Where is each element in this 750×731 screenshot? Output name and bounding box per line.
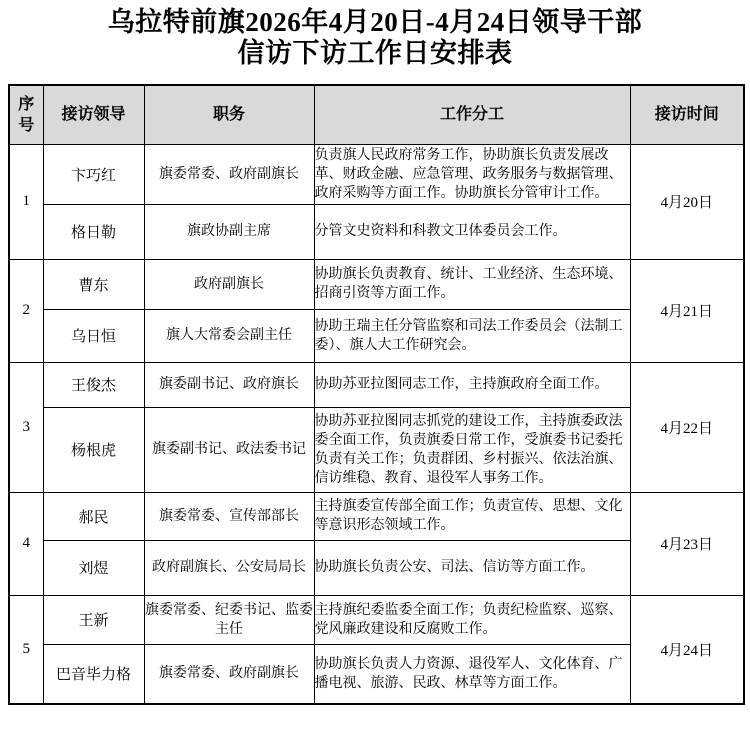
schedule-table: 序号 接访领导 职务 工作分工 接访时间 1 卞巧红 旗委常委、政府副旗长 负责…: [8, 84, 745, 705]
division-cell: 协助旗长负责教育、统计、工业经济、生态环境、招商引资等方面工作。: [314, 259, 630, 309]
leader-cell: 郝民: [43, 492, 144, 540]
table-row: 4 郝民 旗委常委、宣传部部长 主持旗委宣传部全面工作；负责宣传、思想、文化等意…: [9, 492, 744, 540]
header-position: 职务: [144, 85, 314, 144]
leader-cell: 乌日恒: [43, 309, 144, 362]
time-cell: 4月21日: [630, 259, 744, 362]
index-cell: 5: [9, 595, 43, 704]
header-index: 序号: [9, 85, 43, 144]
time-cell: 4月23日: [630, 492, 744, 595]
title-line-2: 信访下访工作日安排表: [0, 38, 750, 69]
time-cell: 4月20日: [630, 144, 744, 259]
division-cell: 协助苏亚拉图同志抓党的建设工作，主持旗委政法委全面工作，负责旗委日常工作，受旗委…: [314, 407, 630, 492]
position-cell: 旗委常委、政府副旗长: [144, 644, 314, 704]
division-cell: 负责旗人民政府常务工作，协助旗长负责发展改革、财政金融、应急管理、政务服务与数据…: [314, 144, 630, 204]
division-cell: 主持旗委宣传部全面工作；负责宣传、思想、文化等意识形态领域工作。: [314, 492, 630, 540]
table-row: 2 曹东 政府副旗长 协助旗长负责教育、统计、工业经济、生态环境、招商引资等方面…: [9, 259, 744, 309]
header-time: 接访时间: [630, 85, 744, 144]
document-page: 乌拉特前旗2026年4月20日-4月24日领导干部 信访下访工作日安排表 序号 …: [0, 7, 750, 705]
table-row: 1 卞巧红 旗委常委、政府副旗长 负责旗人民政府常务工作，协助旗长负责发展改革、…: [9, 144, 744, 204]
position-cell: 旗委副书记、政府旗长: [144, 362, 314, 407]
division-cell: 协助苏亚拉图同志工作，主持旗政府全面工作。: [314, 362, 630, 407]
leader-cell: 卞巧红: [43, 144, 144, 204]
leader-cell: 杨根虎: [43, 407, 144, 492]
position-cell: 旗人大常委会副主任: [144, 309, 314, 362]
position-cell: 旗委副书记、政法委书记: [144, 407, 314, 492]
leader-cell: 格日勒: [43, 204, 144, 259]
table-row: 5 王新 旗委常委、纪委书记、监委主任 主持旗纪委监委全面工作；负责纪检监察、巡…: [9, 595, 744, 644]
position-cell: 旗委常委、纪委书记、监委主任: [144, 595, 314, 644]
index-cell: 3: [9, 362, 43, 492]
page-title: 乌拉特前旗2026年4月20日-4月24日领导干部 信访下访工作日安排表: [0, 7, 750, 69]
position-cell: 政府副旗长、公安局局长: [144, 540, 314, 595]
leader-cell: 刘煜: [43, 540, 144, 595]
position-cell: 旗政协副主席: [144, 204, 314, 259]
time-cell: 4月22日: [630, 362, 744, 492]
division-cell: 主持旗纪委监委全面工作；负责纪检监察、巡察、党风廉政建设和反腐败工作。: [314, 595, 630, 644]
table-row: 3 王俊杰 旗委副书记、政府旗长 协助苏亚拉图同志工作，主持旗政府全面工作。 4…: [9, 362, 744, 407]
leader-cell: 曹东: [43, 259, 144, 309]
position-cell: 政府副旗长: [144, 259, 314, 309]
time-cell: 4月24日: [630, 595, 744, 704]
index-cell: 2: [9, 259, 43, 362]
leader-cell: 王俊杰: [43, 362, 144, 407]
title-line-1: 乌拉特前旗2026年4月20日-4月24日领导干部: [0, 7, 750, 38]
header-leader: 接访领导: [43, 85, 144, 144]
index-cell: 4: [9, 492, 43, 595]
header-row: 序号 接访领导 职务 工作分工 接访时间: [9, 85, 744, 144]
division-cell: 协助旗长负责公安、司法、信访等方面工作。: [314, 540, 630, 595]
position-cell: 旗委常委、宣传部部长: [144, 492, 314, 540]
division-cell: 分管文史资料和科教文卫体委员会工作。: [314, 204, 630, 259]
division-cell: 协助王瑞主任分管监察和司法工作委员会（法制工委）、旗人大工作研究会。: [314, 309, 630, 362]
leader-cell: 巴音毕力格: [43, 644, 144, 704]
division-cell: 协助旗长负责人力资源、退役军人、文化体育、广播电视、旅游、民政、林草等方面工作。: [314, 644, 630, 704]
index-cell: 1: [9, 144, 43, 259]
position-cell: 旗委常委、政府副旗长: [144, 144, 314, 204]
leader-cell: 王新: [43, 595, 144, 644]
header-division: 工作分工: [314, 85, 630, 144]
